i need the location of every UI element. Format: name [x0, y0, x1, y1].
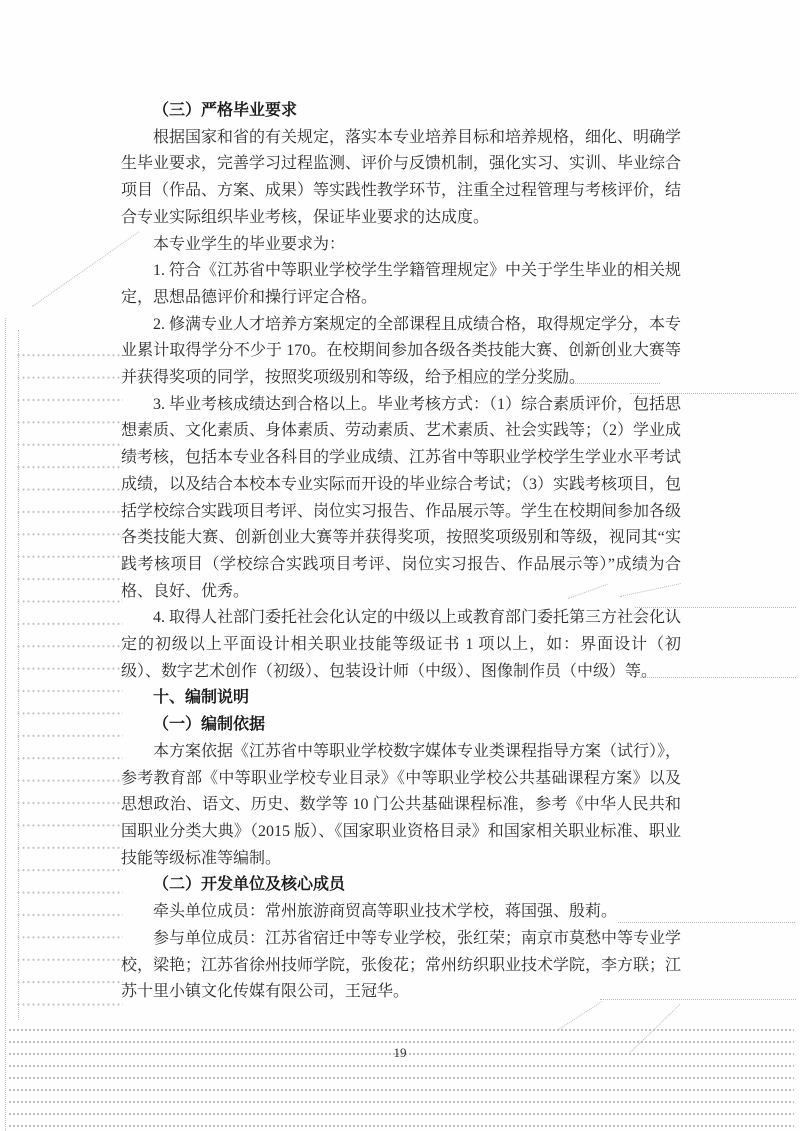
paragraph-lead-unit-members: 牵头单位成员：常州旅游商贸高等职业技术学校，蒋国强、殷莉。: [121, 899, 681, 926]
paragraph-requirement-3: 3. 毕业考核成绩达到合格以上。毕业考核方式：（1）综合素质评价，包括思想素质、…: [121, 392, 681, 606]
paragraph-requirement-2: 2. 修满专业人才培养方案规定的全部课程且成绩合格，取得规定学分，本专业累计取得…: [121, 312, 681, 392]
paragraph-compilation-basis: 本方案依据《江苏省中等职业学校数字媒体专业类课程指导方案（试行）》，参考教育部《…: [121, 739, 681, 873]
paragraph-requirements-intro: 本专业学生的毕业要求为：: [121, 232, 681, 259]
page-number: 19: [0, 1045, 800, 1061]
footer-dotted-lines: [8, 1020, 794, 1131]
left-edge-dotted-line-2: [18, 330, 19, 1020]
paragraph-participating-members: 参与单位成员：江苏省宿迁中等专业学校，张红荣；南京市莫愁中等专业学校，梁艳；江苏…: [121, 926, 681, 1006]
paragraph-graduation-overview: 根据国家和省的有关规定，落实本专业培养目标和培养规格，细化、明确学生毕业要求，完…: [121, 125, 681, 232]
document-body: （三）严格毕业要求 根据国家和省的有关规定，落实本专业培养目标和培养规格，细化、…: [121, 98, 681, 1006]
heading-compilation-basis: （一）编制依据: [121, 712, 681, 739]
paragraph-requirement-4: 4. 取得人社部门委托社会化认定的中级以上或教育部门委托第三方社会化认定的初级以…: [121, 605, 681, 685]
heading-strict-graduation-requirements: （三）严格毕业要求: [121, 98, 681, 125]
paragraph-requirement-1: 1. 符合《江苏省中等职业学校学生学籍管理规定》中关于学生毕业的相关规定，思想品…: [121, 258, 681, 311]
heading-development-units-members: （二）开发单位及核心成员: [121, 872, 681, 899]
left-edge-dotted-line: [5, 318, 6, 1131]
heading-compilation-notes: 十、编制说明: [121, 685, 681, 712]
left-margin-dotted-dashes: [16, 338, 123, 1012]
